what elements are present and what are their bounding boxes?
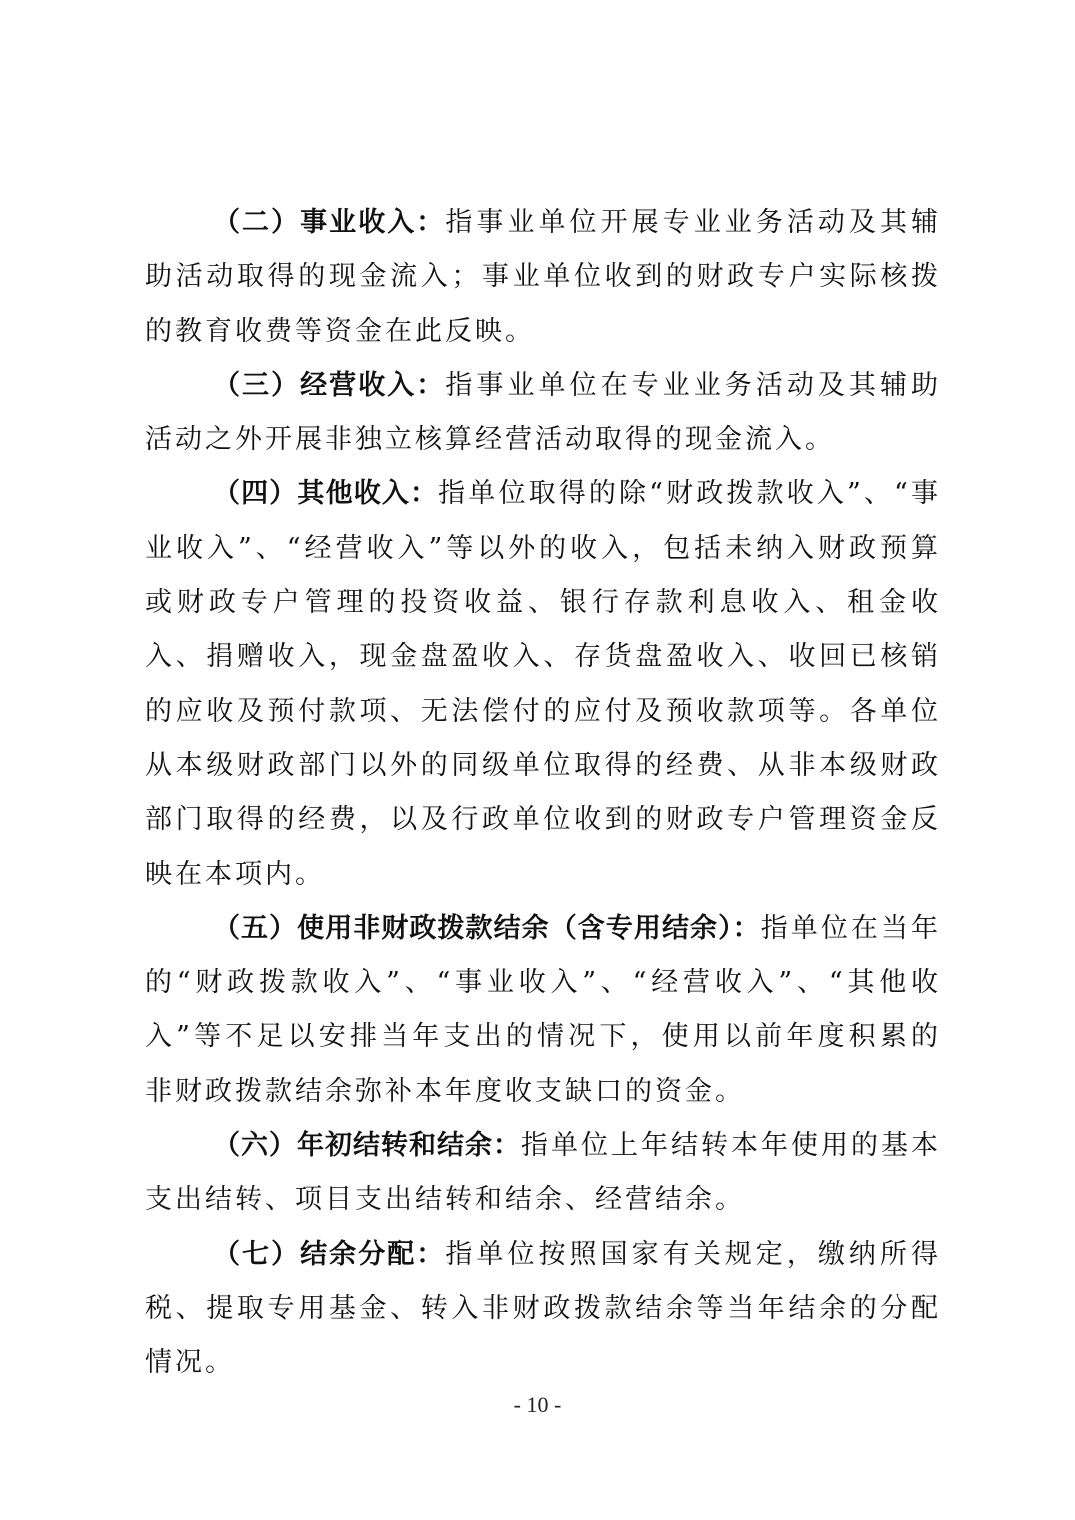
paragraph-heading: （六）年初结转和结余： [213, 1130, 521, 1161]
paragraph-other-income: （四）其他收入：指单位取得的除“财政拨款收入”、“事业收入”、“经营收入”等以外… [145, 467, 941, 901]
page-number: - 10 - [0, 1392, 1075, 1418]
paragraph-non-fiscal-balance: （五）使用非财政拨款结余（含专用结余）：指单位在当年的“财政拨款收入”、“事业收… [145, 902, 941, 1119]
paragraph-operating-income: （三）经营收入：指事业单位在专业业务活动及其辅助活动之外开展非独立核算经营活动取… [145, 359, 941, 468]
paragraph-heading: （五）使用非财政拨款结余（含专用结余）： [213, 913, 761, 944]
paragraph-heading: （三）经营收入： [213, 370, 445, 401]
paragraph-text: 指单位取得的除“财政拨款收入”、“事业收入”、“经营收入”等以外的收入，包括未纳… [145, 478, 941, 889]
document-page: （二）事业收入：指事业单位开展专业业务活动及其辅助活动取得的现金流入；事业单位收… [0, 0, 1075, 1520]
paragraph-heading: （四）其他收入： [213, 478, 438, 509]
paragraph-business-income: （二）事业收入：指事业单位开展专业业务活动及其辅助活动取得的现金流入；事业单位收… [145, 196, 941, 359]
paragraph-heading: （二）事业收入： [213, 207, 445, 238]
document-body: （二）事业收入：指事业单位开展专业业务活动及其辅助活动取得的现金流入；事业单位收… [145, 196, 941, 1391]
paragraph-heading: （七）结余分配： [213, 1239, 445, 1270]
paragraph-opening-carryover: （六）年初结转和结余：指单位上年结转本年使用的基本支出结转、项目支出结转和结余、… [145, 1119, 941, 1228]
paragraph-balance-distribution: （七）结余分配：指单位按照国家有关规定，缴纳所得税、提取专用基金、转入非财政拨款… [145, 1228, 941, 1391]
